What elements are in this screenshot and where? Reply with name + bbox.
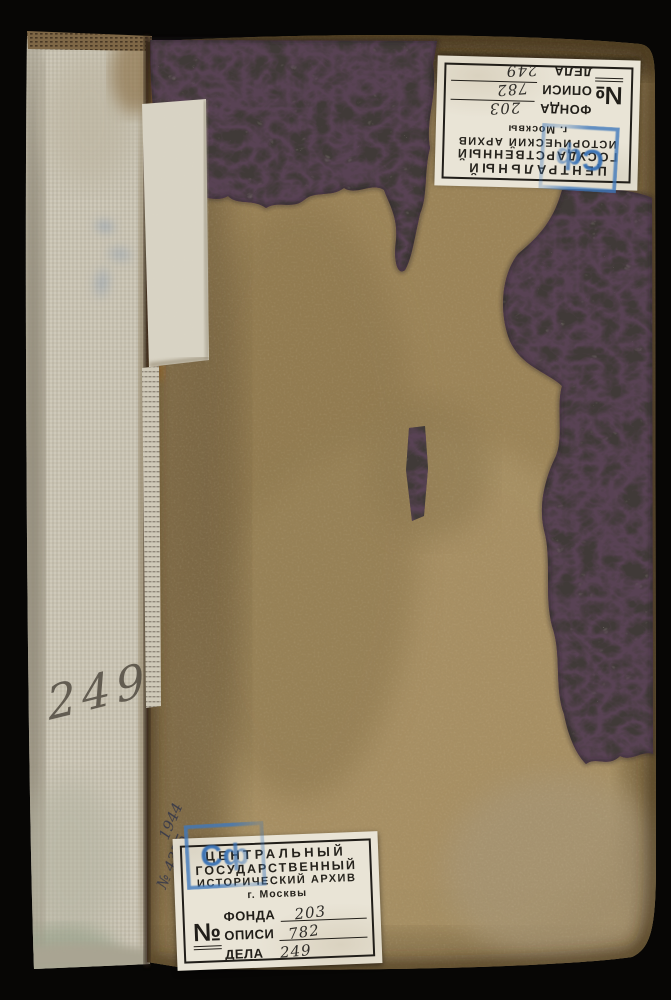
fond-line: 203 (450, 99, 535, 121)
field-rows: ФОНДА 203 ОПИСИ 782 ДЕЛА (223, 900, 368, 962)
archive-label-top: ЦЕНТРАЛЬНЫЙ ГОСУДАРСТВЕННЫЙ ИСТОРИЧЕСКИЙ… (434, 55, 640, 190)
book-spine (4, 20, 159, 980)
blue-ink-stamp: Сф (538, 123, 620, 194)
field-row-opis: ОПИСИ 782 (451, 80, 592, 103)
field-row-delo: ДЕЛА 249 (225, 938, 369, 962)
opis-label: ОПИСИ (542, 82, 592, 98)
delo-value: 249 (505, 63, 537, 80)
archival-book-cover-photo: 249 1944 № 4375 ЦЕНТРАЛЬНЫЙ ГОСУДАРСТВЕН… (0, 0, 671, 1000)
opis-line: 782 (451, 80, 537, 102)
delo-label: ДЕЛА (554, 63, 593, 79)
number-symbol-glyph: № (193, 919, 222, 950)
pasted-paper-strip (142, 99, 209, 367)
spine-top-paper-fragment (27, 31, 152, 51)
archive-label-bottom: ЦЕНТРАЛЬНЫЙ ГОСУДАРСТВЕННЫЙ ИСТОРИЧЕСКИЙ… (173, 831, 383, 971)
number-symbol: № (591, 64, 626, 122)
field-row-fond: ФОНДА 203 (450, 99, 591, 122)
delo-line: 249 (451, 63, 549, 84)
label-fields: № ФОНДА 203 ОПИСИ 782 (450, 63, 626, 123)
delo-value: 249 (280, 941, 313, 962)
label-fields: № ФОНДА 203 ОПИСИ 782 (189, 900, 368, 964)
blue-ink-stamp: Сф (183, 821, 267, 890)
fond-label: ФОНДА (539, 101, 591, 117)
number-symbol: № (189, 905, 225, 963)
delo-label: ДЕЛА (225, 946, 264, 962)
field-rows: ФОНДА 203 ОПИСИ 782 ДЕЛА (450, 63, 592, 122)
delo-line: 249 (268, 937, 368, 961)
number-symbol-glyph: № (594, 78, 623, 109)
field-row-delo: ДЕЛА 249 (451, 63, 592, 84)
